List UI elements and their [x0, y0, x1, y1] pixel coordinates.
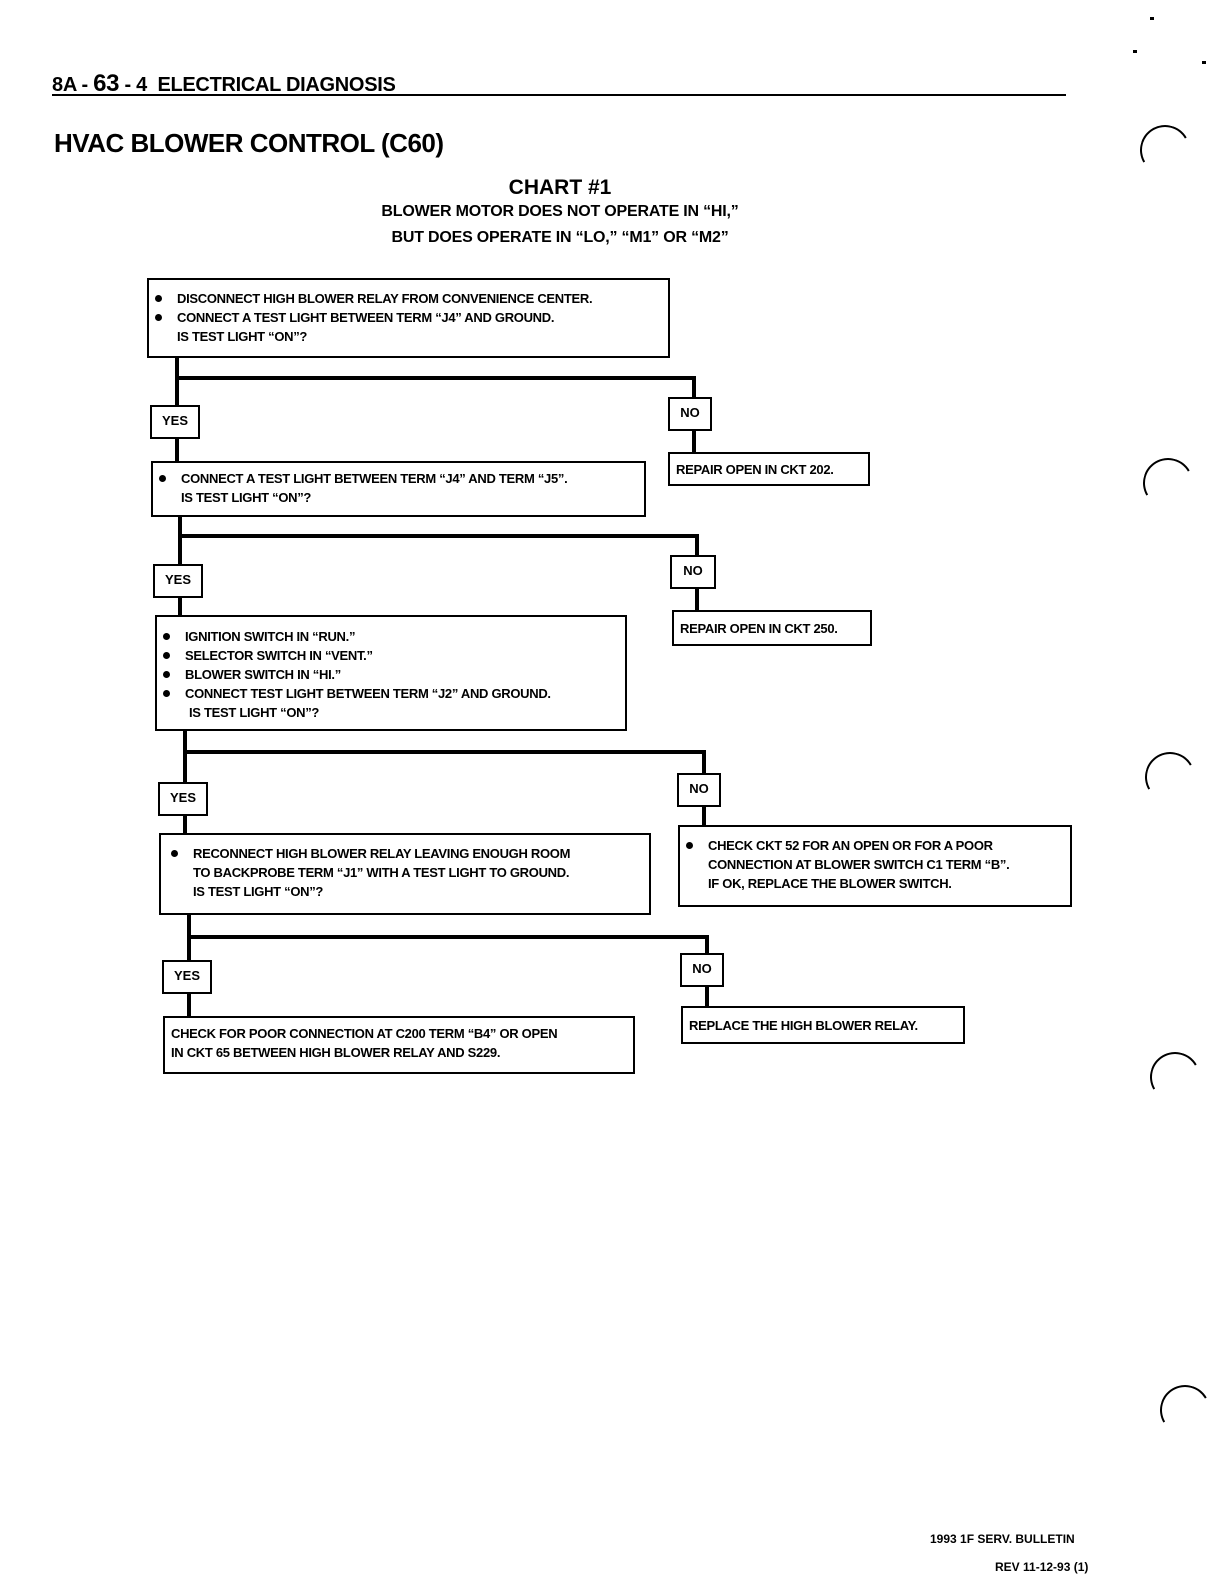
- no-label: NO: [670, 555, 716, 589]
- step3-bullet: CONNECT TEST LIGHT BETWEEN TERM “J2” AND…: [157, 684, 625, 703]
- step4-bullet-cont: TO BACKPROBE TERM “J1” WITH A TEST LIGHT…: [161, 863, 649, 882]
- bullet-icon: [155, 314, 162, 321]
- step1-bullet: CONNECT A TEST LIGHT BETWEEN TERM “J4” A…: [149, 308, 668, 327]
- connector: [175, 358, 179, 406]
- connector: [695, 534, 699, 556]
- step4-no-result-box: REPLACE THE HIGH BLOWER RELAY.: [681, 1006, 965, 1044]
- yes-label: YES: [158, 782, 208, 816]
- step3-no-result-line: CHECK CKT 52 FOR AN OPEN OR FOR A POOR: [680, 836, 1070, 855]
- step1-bullet: DISCONNECT HIGH BLOWER RELAY FROM CONVEN…: [149, 289, 668, 308]
- page-number-major: 63: [93, 70, 119, 97]
- page-number-suffix: - 4: [119, 74, 147, 96]
- step1-question: IS TEST LIGHT “ON”?: [149, 327, 668, 346]
- connector: [187, 935, 709, 939]
- connector: [178, 534, 699, 538]
- bullet-icon: [163, 690, 170, 697]
- bullet-icon: [159, 475, 166, 482]
- step3-box: IGNITION SWITCH IN “RUN.” SELECTOR SWITC…: [155, 615, 627, 731]
- step4-yes-result-line: CHECK FOR POOR CONNECTION AT C200 TERM “…: [165, 1024, 633, 1043]
- step2-bullet: CONNECT A TEST LIGHT BETWEEN TERM “J4” A…: [153, 469, 644, 488]
- step3-no-result-line: IF OK, REPLACE THE BLOWER SWITCH.: [680, 874, 1070, 893]
- step3-bullet: SELECTOR SWITCH IN “VENT.”: [157, 646, 625, 665]
- scan-speck: [1150, 17, 1154, 20]
- step3-bullet: IGNITION SWITCH IN “RUN.”: [157, 627, 625, 646]
- bullet-icon: [686, 842, 693, 849]
- bullet-icon: [171, 850, 178, 857]
- yes-label: YES: [153, 564, 203, 598]
- chart-title: CHART #1: [330, 176, 790, 200]
- step4-bullets: RECONNECT HIGH BLOWER RELAY LEAVING ENOU…: [161, 844, 649, 863]
- step1-no-result-box: REPAIR OPEN IN CKT 202.: [668, 452, 870, 486]
- chart-subtitle-line1: BLOWER MOTOR DOES NOT OPERATE IN “HI,”: [320, 203, 800, 221]
- no-label: NO: [677, 773, 721, 807]
- step4-question: IS TEST LIGHT “ON”?: [161, 882, 649, 901]
- step3-no-result-line: CONNECTION AT BLOWER SWITCH C1 TERM “B”.: [680, 855, 1070, 874]
- section-title: HVAC BLOWER CONTROL (C60): [54, 128, 444, 159]
- no-label: NO: [680, 953, 724, 987]
- binder-hole-icon: [1154, 1379, 1215, 1440]
- binder-hole-icon: [1139, 746, 1200, 807]
- yes-label: YES: [150, 405, 200, 439]
- step3-bullet: BLOWER SWITCH IN “HI.”: [157, 665, 625, 684]
- chart-subtitle-line2: BUT DOES OPERATE IN “LO,” “M1” OR “M2”: [320, 229, 800, 247]
- scan-speck: [1202, 61, 1206, 64]
- connector: [705, 935, 709, 955]
- step2-bullets: CONNECT A TEST LIGHT BETWEEN TERM “J4” A…: [153, 469, 644, 488]
- step4-bullet: RECONNECT HIGH BLOWER RELAY LEAVING ENOU…: [161, 844, 649, 863]
- no-label: NO: [668, 397, 712, 431]
- binder-hole-icon: [1134, 119, 1195, 180]
- step1-bullets: DISCONNECT HIGH BLOWER RELAY FROM CONVEN…: [149, 289, 668, 327]
- binder-hole-icon: [1137, 452, 1198, 513]
- connector: [175, 439, 179, 463]
- bullet-icon: [155, 295, 162, 302]
- connector: [183, 731, 187, 783]
- step2-question: IS TEST LIGHT “ON”?: [153, 488, 644, 507]
- bullet-icon: [163, 652, 170, 659]
- connector: [183, 750, 706, 754]
- step2-box: CONNECT A TEST LIGHT BETWEEN TERM “J4” A…: [151, 461, 646, 517]
- connector: [702, 750, 706, 774]
- step4-box: RECONNECT HIGH BLOWER RELAY LEAVING ENOU…: [159, 833, 651, 915]
- connector: [178, 517, 182, 565]
- step1-box: DISCONNECT HIGH BLOWER RELAY FROM CONVEN…: [147, 278, 670, 358]
- step2-no-result: REPAIR OPEN IN CKT 250.: [674, 619, 870, 638]
- bullet-icon: [163, 633, 170, 640]
- connector: [175, 376, 696, 380]
- binder-hole-icon: [1144, 1046, 1205, 1107]
- scan-speck: [1133, 50, 1137, 53]
- page-header-title: ELECTRICAL DIAGNOSIS: [157, 74, 395, 96]
- step4-no-result: REPLACE THE HIGH BLOWER RELAY.: [683, 1016, 963, 1035]
- footer-revision: REV 11-12-93 (1): [995, 1560, 1088, 1574]
- step4-yes-result-line: IN CKT 65 BETWEEN HIGH BLOWER RELAY AND …: [165, 1043, 633, 1062]
- bullet-icon: [163, 671, 170, 678]
- step1-no-result: REPAIR OPEN IN CKT 202.: [670, 460, 868, 479]
- step3-no-result-box: CHECK CKT 52 FOR AN OPEN OR FOR A POOR C…: [678, 825, 1072, 907]
- yes-label: YES: [162, 960, 212, 994]
- connector: [692, 376, 696, 398]
- step2-no-result-box: REPAIR OPEN IN CKT 250.: [672, 610, 872, 646]
- step4-yes-result-box: CHECK FOR POOR CONNECTION AT C200 TERM “…: [163, 1016, 635, 1074]
- footer-bulletin: 1993 1F SERV. BULLETIN: [930, 1532, 1075, 1546]
- page-section-prefix: 8A -: [52, 74, 93, 96]
- step3-no-result: CHECK CKT 52 FOR AN OPEN OR FOR A POOR: [680, 836, 1070, 855]
- connector: [695, 589, 699, 611]
- step3-bullets: IGNITION SWITCH IN “RUN.” SELECTOR SWITC…: [157, 627, 625, 703]
- header-rule: [52, 94, 1066, 96]
- step3-question: IS TEST LIGHT “ON”?: [157, 703, 625, 722]
